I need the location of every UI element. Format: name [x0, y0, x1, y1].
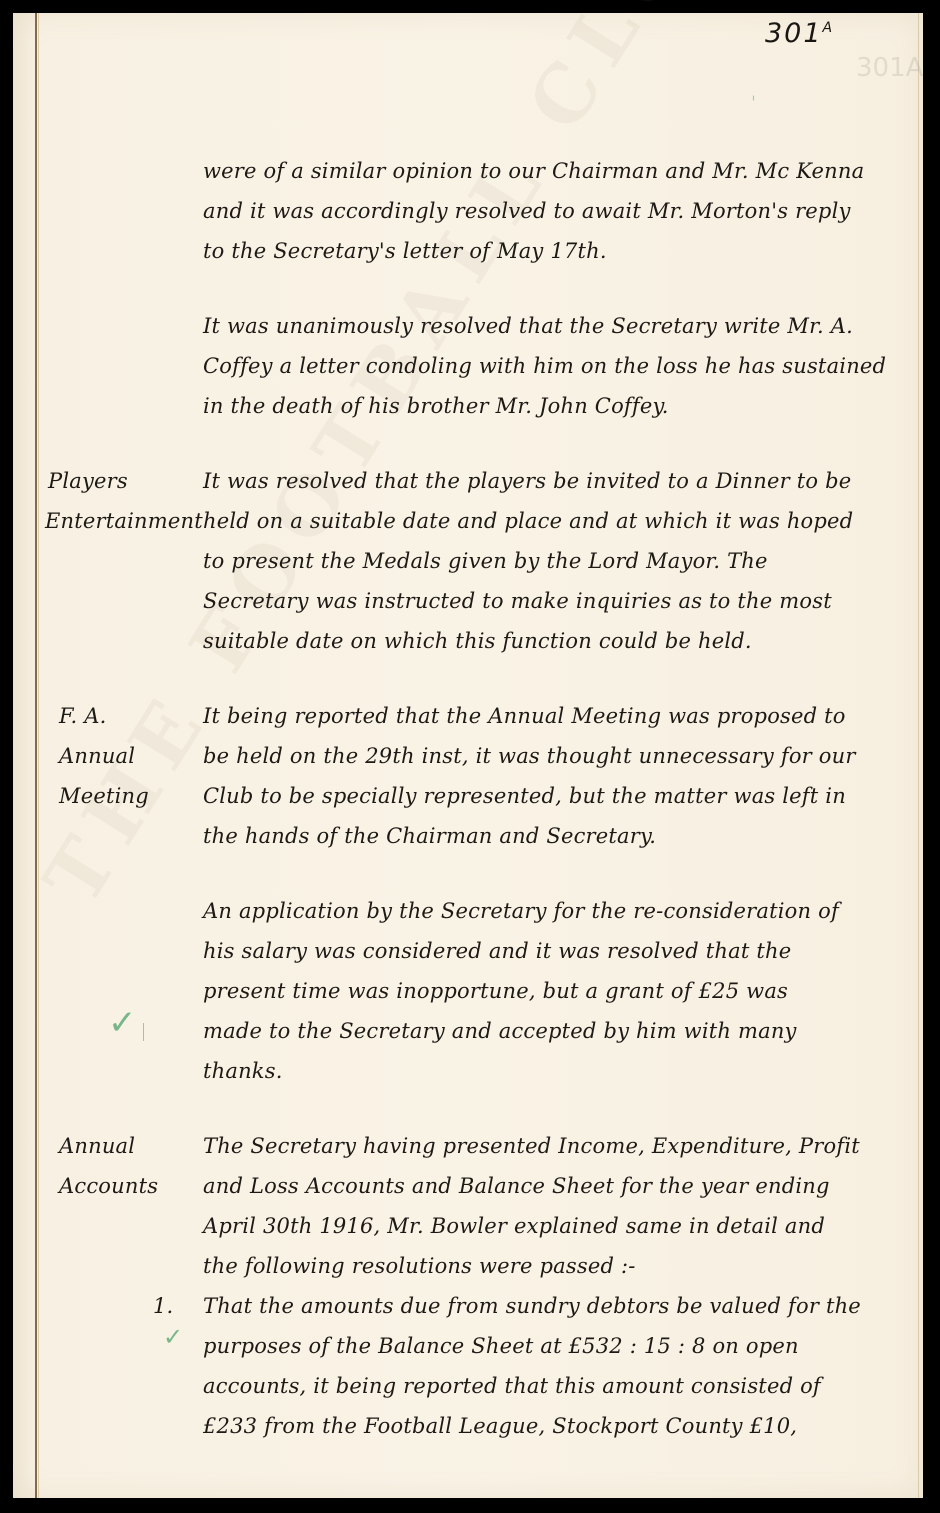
text-line: Club to be specially represented, but th…: [203, 781, 846, 811]
margin-rule-faint: [38, 13, 39, 1498]
margin-label: Annual: [59, 1131, 135, 1161]
text-line: The Secretary having presented Income, E…: [203, 1131, 860, 1161]
margin-rule: [35, 13, 37, 1498]
text-line: be held on the 29th inst, it was thought…: [203, 741, 856, 771]
faint-tick-icon: ˈ: [751, 93, 756, 114]
text-line: present time was inopportune, but a gran…: [203, 976, 788, 1006]
text-line: to present the Medals given by the Lord …: [203, 546, 768, 576]
margin-label: Accounts: [59, 1171, 158, 1201]
text-line: It being reported that the Annual Meetin…: [203, 701, 846, 731]
text-line: That the amounts due from sundry debtors…: [203, 1291, 861, 1321]
text-line: in the death of his brother Mr. John Cof…: [203, 391, 669, 421]
text-line: Secretary was instructed to make inquiri…: [203, 586, 832, 616]
margin-label: Entertainment: [45, 506, 203, 536]
margin-label: Players: [48, 466, 128, 496]
text-line: and Loss Accounts and Balance Sheet for …: [203, 1171, 830, 1201]
page-number-suffix: A: [823, 20, 835, 36]
text-line: and it was accordingly resolved to await…: [203, 196, 851, 226]
text-line: held on a suitable date and place and at…: [203, 506, 853, 536]
margin-label: Meeting: [59, 781, 149, 811]
text-line: his salary was considered and it was res…: [203, 936, 791, 966]
check-mark-icon: ✓: [163, 1323, 183, 1351]
text-line: £233 from the Football League, Stockport…: [203, 1411, 797, 1441]
text-line: to the Secretary's letter of May 17th.: [203, 236, 607, 266]
text-line: the following resolutions were passed :-: [203, 1251, 636, 1281]
ghost-page-number: 301A: [856, 53, 923, 83]
text-line: thanks.: [203, 1056, 283, 1086]
page-number-value: 301: [765, 18, 823, 49]
margin-label: F. A.: [59, 701, 107, 731]
margin-label: Annual: [59, 741, 135, 771]
text-line: the hands of the Chairman and Secretary.: [203, 821, 656, 851]
text-line: April 30th 1916, Mr. Bowler explained sa…: [203, 1211, 825, 1241]
check-mark-icon: ✓: [108, 1003, 137, 1043]
text-line: An application by the Secretary for the …: [203, 896, 839, 926]
resolution-number: 1.: [153, 1291, 173, 1321]
text-line: It was unanimously resolved that the Sec…: [203, 311, 853, 341]
pencil-mark: [143, 1023, 144, 1041]
text-line: Coffey a letter condoling with him on th…: [203, 351, 886, 381]
text-line: purposes of the Balance Sheet at £532 : …: [203, 1331, 799, 1361]
page-edge: [918, 13, 919, 1498]
page-number: 301A: [765, 18, 834, 49]
text-line: made to the Secretary and accepted by hi…: [203, 1016, 797, 1046]
text-line: accounts, it being reported that this am…: [203, 1371, 821, 1401]
text-line: It was resolved that the players be invi…: [203, 466, 851, 496]
text-line: suitable date on which this function cou…: [203, 626, 752, 656]
text-line: were of a similar opinion to our Chairma…: [203, 156, 864, 186]
ledger-page: THE FOOTBALL CLUB ​ 301A 301A were of a …: [13, 13, 923, 1498]
